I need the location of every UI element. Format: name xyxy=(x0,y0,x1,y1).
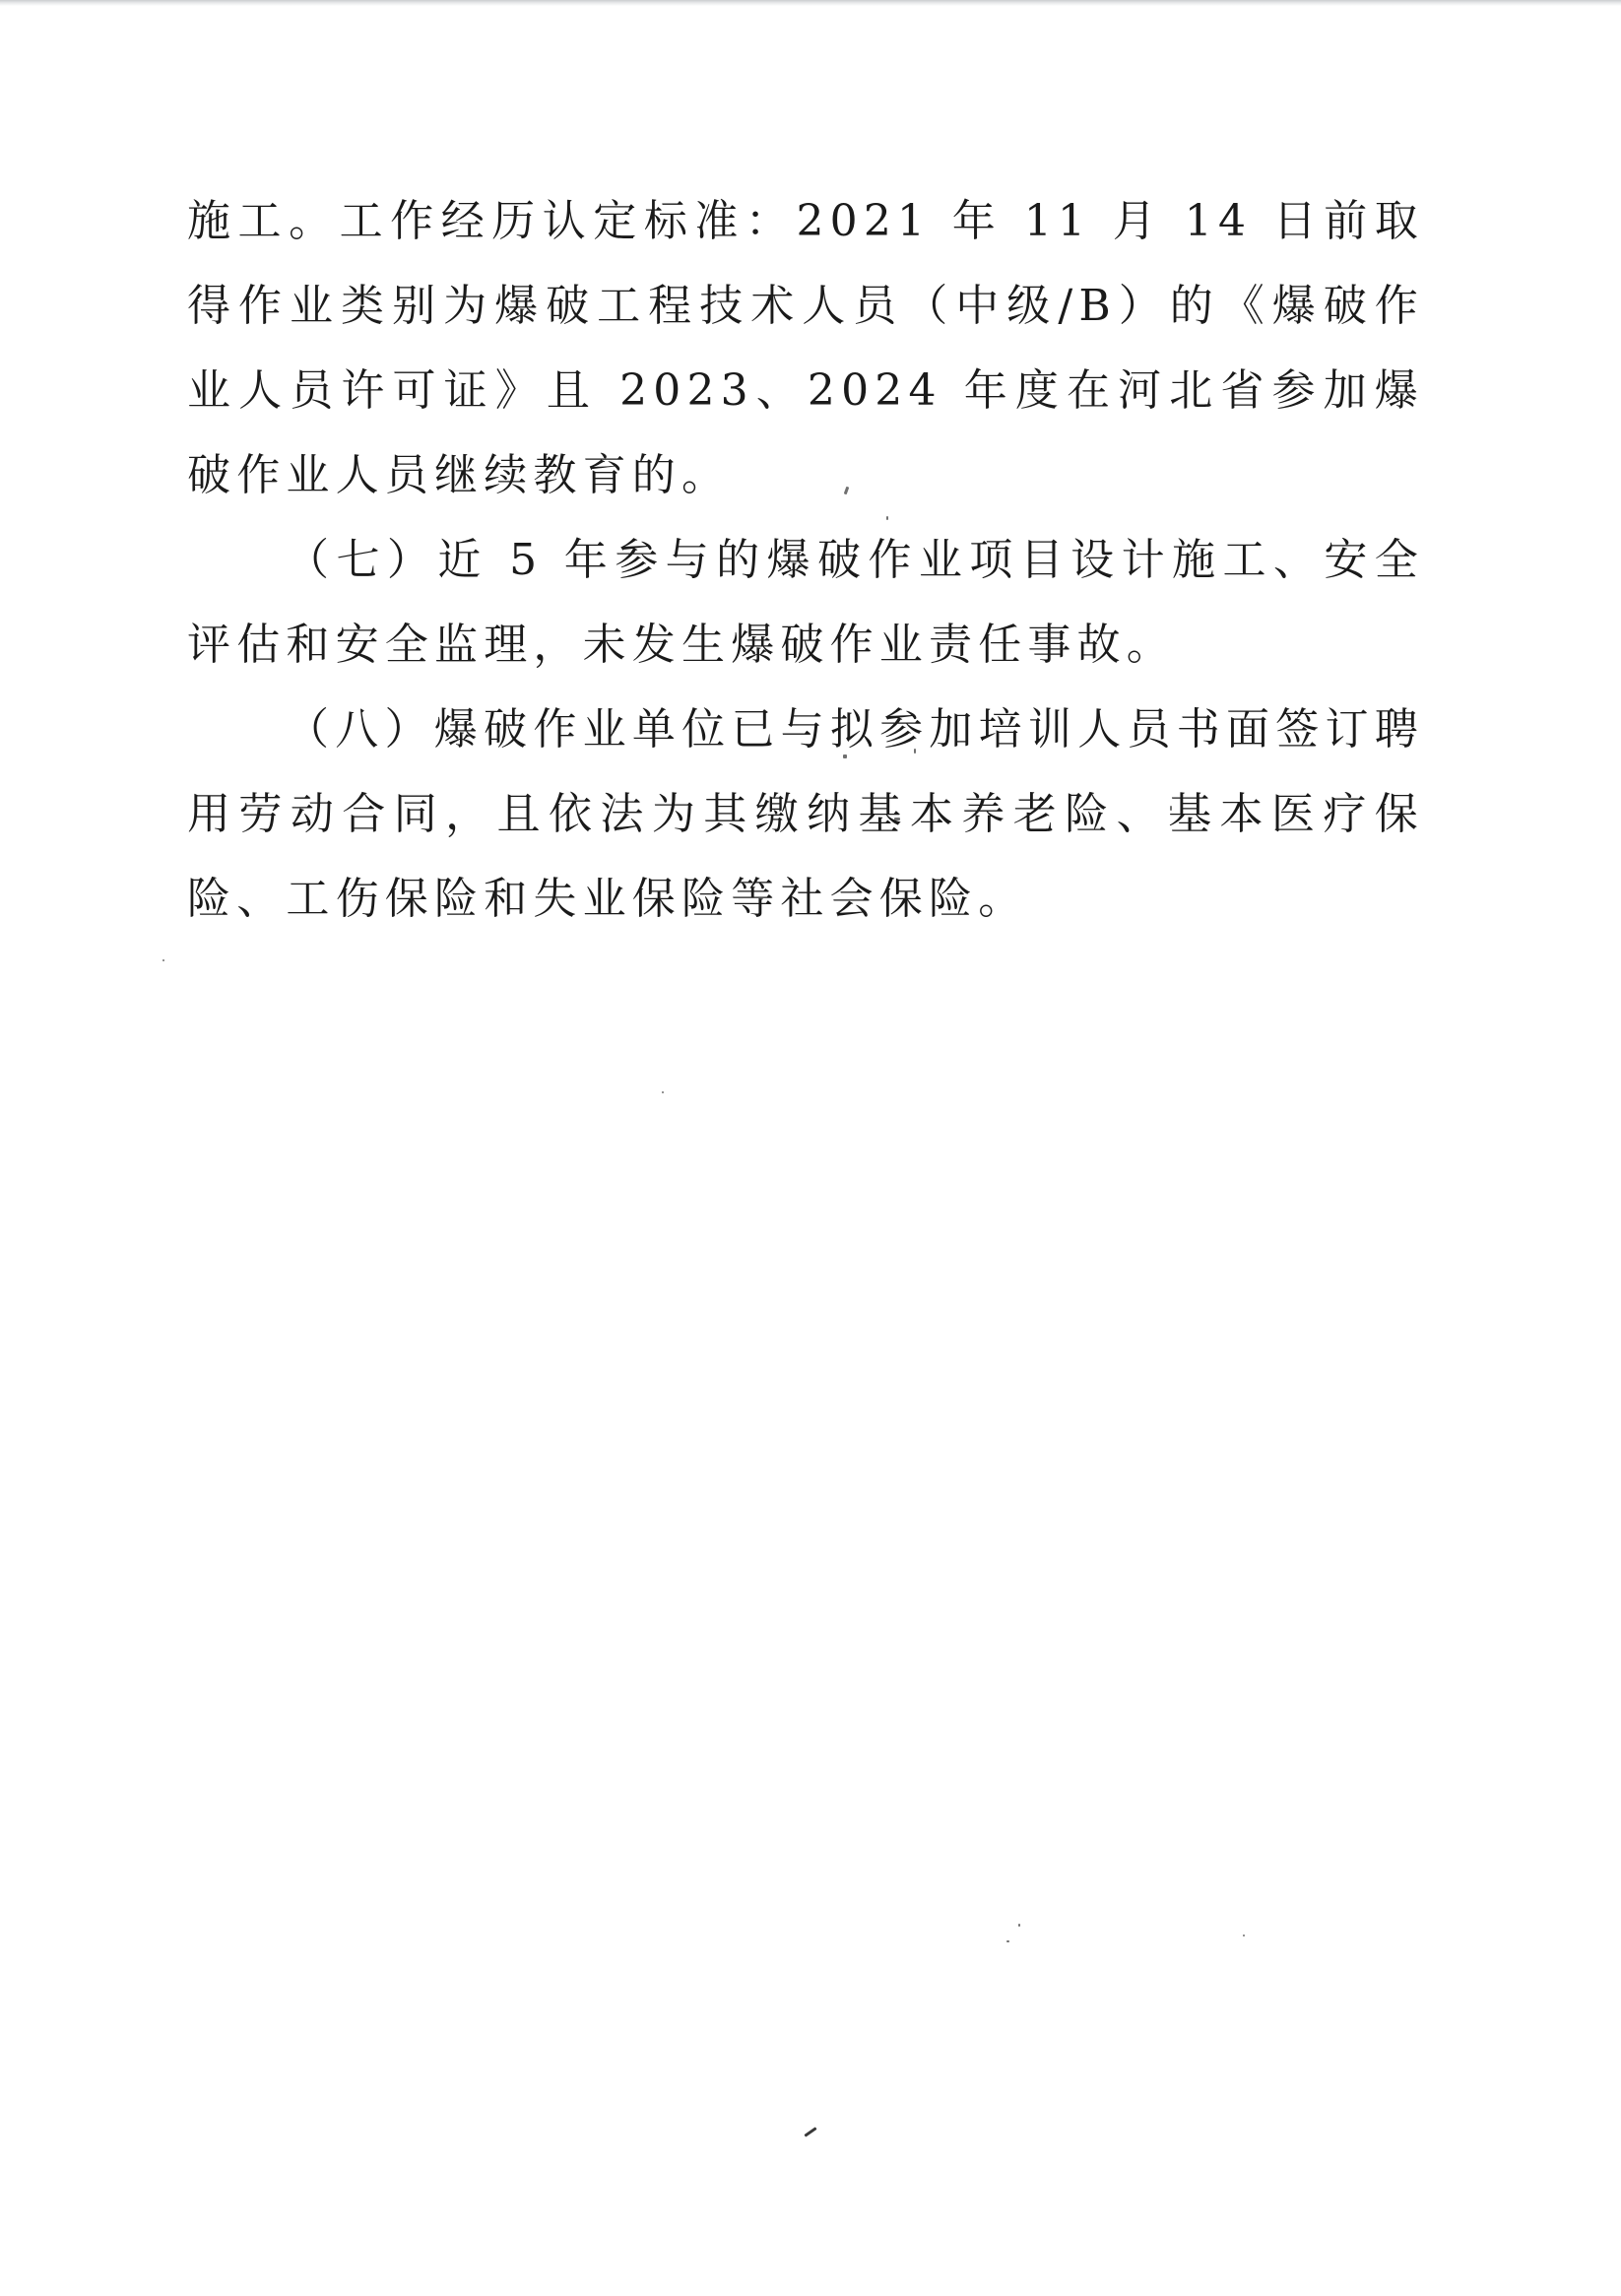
paragraph-continuation: 施工。工作经历认定标准：2021 年 11 月 14 日前取得作业类别为爆破工程… xyxy=(187,179,1424,518)
scan-speck xyxy=(1006,1940,1009,1942)
scan-speck xyxy=(914,749,916,754)
scan-top-edge xyxy=(0,0,1621,6)
scan-speck xyxy=(804,2127,816,2136)
paragraph-item-8: （八）爆破作业单位已与拟参加培训人员书面签订聘用劳动合同，且依法为其缴纳基本养老… xyxy=(187,688,1424,942)
scan-speck xyxy=(1170,806,1172,811)
scan-speck xyxy=(886,516,888,520)
scan-speck xyxy=(1243,1935,1245,1936)
scan-speck xyxy=(162,959,164,961)
document-page: 施工。工作经历认定标准：2021 年 11 月 14 日前取得作业类别为爆破工程… xyxy=(187,179,1424,942)
paragraph-item-7: （七）近 5 年参与的爆破作业项目设计施工、安全评估和安全监理，未发生爆破作业责… xyxy=(187,518,1424,688)
scan-speck xyxy=(843,754,847,758)
scan-speck xyxy=(662,1091,664,1093)
scan-speck xyxy=(894,818,900,820)
scan-speck xyxy=(1018,1924,1020,1927)
